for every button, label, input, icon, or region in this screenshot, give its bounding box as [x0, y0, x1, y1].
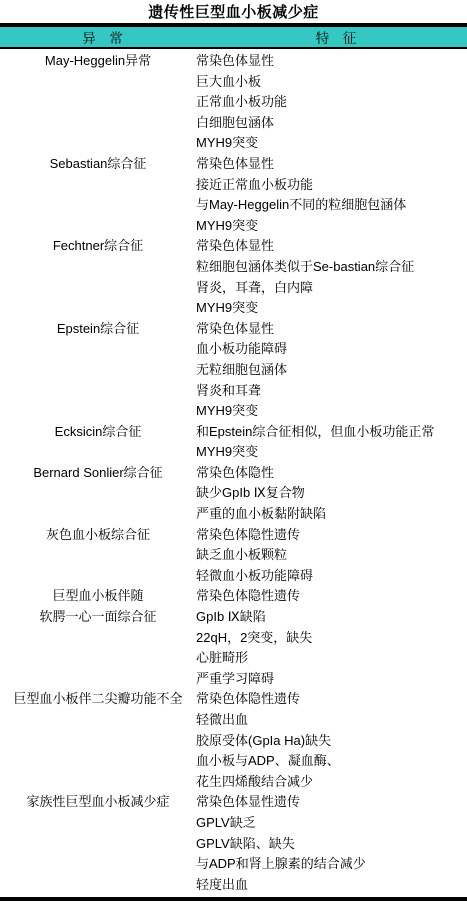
abnormality-name-line: Epstein综合征 — [0, 319, 196, 340]
page-title: 遗传性巨型血小板减少症 — [0, 0, 467, 23]
column-header-feature: 特 征 — [205, 27, 467, 47]
table-row: Epstein综合征常染色体显性血小板功能障碍无粒细胞包涵体肾炎和耳聋MYH9突… — [0, 319, 467, 422]
abnormality-name: 家族性巨型血小板减少症 — [0, 792, 196, 895]
abnormality-name-line: Ecksicin综合征 — [0, 422, 196, 443]
feature-line: 常染色体显性 — [196, 154, 467, 175]
abnormality-name: Sebastian综合征 — [0, 154, 196, 236]
feature-list: 常染色体显性接近正常血小板功能与May-Heggelin不同的粒细胞包涵体MYH… — [196, 154, 467, 236]
feature-line: 轻微出血 — [196, 710, 467, 731]
feature-line: MYH9突变 — [196, 216, 467, 237]
feature-list: 常染色体显性巨大血小板正常血小板功能白细胞包涵体MYH9突变 — [196, 51, 467, 154]
feature-line: MYH9突变 — [196, 401, 467, 422]
table-row: May-Heggelin异常常染色体显性巨大血小板正常血小板功能白细胞包涵体MY… — [0, 51, 467, 154]
feature-list: 和Epstein综合征相似，但血小板功能正常MYH9突变 — [196, 422, 467, 463]
feature-line: 花生四烯酸结合减少 — [196, 772, 467, 793]
feature-line: 常染色体显性 — [196, 236, 467, 257]
column-header-abnormality: 异 常 — [0, 27, 205, 47]
feature-line: 常染色体显性 — [196, 319, 467, 340]
feature-line: 巨大血小板 — [196, 72, 467, 93]
feature-list: 常染色体显性遗传GPLV缺乏GPLV缺陷、缺失与ADP和肾上腺素的结合减少轻度出… — [196, 792, 467, 895]
table-row: Bernard Sonlier综合征常染色体隐性缺少GpIb Ⅸ复合物严重的血小… — [0, 463, 467, 525]
feature-list: 常染色体隐性遗传GpIb Ⅸ缺陷22qH，2突变，缺失心脏畸形严重学习障碍 — [196, 586, 467, 689]
feature-line: 轻微血小板功能障碍 — [196, 566, 467, 587]
abnormality-name: 巨型血小板伴随软腭一心一面综合征 — [0, 586, 196, 689]
abnormality-name: 灰色血小板综合征 — [0, 525, 196, 587]
table-header: 异 常 特 征 — [0, 27, 467, 49]
feature-line: 血小板与ADP、凝血酶、 — [196, 751, 467, 772]
table-row: 家族性巨型血小板减少症常染色体显性遗传GPLV缺乏GPLV缺陷、缺失与ADP和肾… — [0, 792, 467, 895]
abnormality-name: Epstein综合征 — [0, 319, 196, 422]
feature-line: 缺乏血小板颗粒 — [196, 545, 467, 566]
feature-line: 粒细胞包涵体类似于Se-bastian综合征 — [196, 257, 467, 278]
table-row: 灰色血小板综合征常染色体隐性遗传缺乏血小板颗粒轻微血小板功能障碍 — [0, 525, 467, 587]
feature-line: 无粒细胞包涵体 — [196, 360, 467, 381]
feature-list: 常染色体显性血小板功能障碍无粒细胞包涵体肾炎和耳聋MYH9突变 — [196, 319, 467, 422]
feature-line: 常染色体隐性 — [196, 463, 467, 484]
abnormality-name: 巨型血小板伴二尖瓣功能不全 — [0, 689, 196, 792]
feature-line: 轻度出血 — [196, 875, 467, 896]
table-row: 巨型血小板伴随软腭一心一面综合征常染色体隐性遗传GpIb Ⅸ缺陷22qH，2突变… — [0, 586, 467, 689]
feature-line: 严重学习障碍 — [196, 669, 467, 690]
table-body: May-Heggelin异常常染色体显性巨大血小板正常血小板功能白细胞包涵体MY… — [0, 49, 467, 901]
feature-line: 与May-Heggelin不同的粒细胞包涵体 — [196, 195, 467, 216]
abnormality-name-line: 家族性巨型血小板减少症 — [0, 792, 196, 813]
feature-line: MYH9突变 — [196, 133, 467, 154]
feature-line: 与ADP和肾上腺素的结合减少 — [196, 854, 467, 875]
feature-line: 缺少GpIb Ⅸ复合物 — [196, 483, 467, 504]
feature-line: 常染色体隐性遗传 — [196, 689, 467, 710]
abnormality-name-line: Fechtner综合征 — [0, 236, 196, 257]
table-row: Ecksicin综合征和Epstein综合征相似，但血小板功能正常MYH9突变 — [0, 422, 467, 463]
feature-line: 白细胞包涵体 — [196, 113, 467, 134]
abnormality-name: Ecksicin综合征 — [0, 422, 196, 463]
feature-line: 22qH，2突变，缺失 — [196, 628, 467, 649]
abnormality-name: Fechtner综合征 — [0, 236, 196, 318]
feature-line: GPLV缺乏 — [196, 813, 467, 834]
feature-line: 接近正常血小板功能 — [196, 175, 467, 196]
abnormality-name: Bernard Sonlier综合征 — [0, 463, 196, 525]
table-row: Sebastian综合征常染色体显性接近正常血小板功能与May-Heggelin… — [0, 154, 467, 236]
feature-line: 常染色体隐性遗传 — [196, 525, 467, 546]
abnormality-name-line: May-Heggelin异常 — [0, 51, 196, 72]
abnormality-name-line: Bernard Sonlier综合征 — [0, 463, 196, 484]
feature-list: 常染色体隐性遗传轻微出血胶原受体(GpIa Ha)缺失血小板与ADP、凝血酶、花… — [196, 689, 467, 792]
feature-line: GpIb Ⅸ缺陷 — [196, 607, 467, 628]
feature-line: MYH9突变 — [196, 298, 467, 319]
feature-line: 肾炎，耳聋，白内障 — [196, 278, 467, 299]
table-row: Fechtner综合征常染色体显性粒细胞包涵体类似于Se-bastian综合征肾… — [0, 236, 467, 318]
feature-line: 常染色体显性遗传 — [196, 792, 467, 813]
page: 遗传性巨型血小板减少症 异 常 特 征 May-Heggelin异常常染色体显性… — [0, 0, 467, 906]
feature-list: 常染色体隐性缺少GpIb Ⅸ复合物严重的血小板黏附缺陷 — [196, 463, 467, 525]
feature-list: 常染色体显性粒细胞包涵体类似于Se-bastian综合征肾炎，耳聋，白内障MYH… — [196, 236, 467, 318]
feature-line: 常染色体显性 — [196, 51, 467, 72]
feature-line: GPLV缺陷、缺失 — [196, 834, 467, 855]
feature-line: 胶原受体(GpIa Ha)缺失 — [196, 731, 467, 752]
abnormality-name: May-Heggelin异常 — [0, 51, 196, 154]
syndrome-table: 异 常 特 征 May-Heggelin异常常染色体显性巨大血小板正常血小板功能… — [0, 23, 467, 901]
feature-line: 和Epstein综合征相似，但血小板功能正常 — [196, 422, 467, 443]
feature-line: 严重的血小板黏附缺陷 — [196, 504, 467, 525]
feature-line: 心脏畸形 — [196, 648, 467, 669]
feature-line: 正常血小板功能 — [196, 92, 467, 113]
abnormality-name-line: 软腭一心一面综合征 — [0, 607, 196, 628]
abnormality-name-line: 巨型血小板伴二尖瓣功能不全 — [0, 689, 196, 710]
feature-line: MYH9突变 — [196, 442, 467, 463]
feature-line: 肾炎和耳聋 — [196, 381, 467, 402]
feature-list: 常染色体隐性遗传缺乏血小板颗粒轻微血小板功能障碍 — [196, 525, 467, 587]
abnormality-name-line: 灰色血小板综合征 — [0, 525, 196, 546]
abnormality-name-line: Sebastian综合征 — [0, 154, 196, 175]
abnormality-name-line: 巨型血小板伴随 — [0, 586, 196, 607]
table-row: 巨型血小板伴二尖瓣功能不全常染色体隐性遗传轻微出血胶原受体(GpIa Ha)缺失… — [0, 689, 467, 792]
feature-line: 血小板功能障碍 — [196, 339, 467, 360]
feature-line: 常染色体隐性遗传 — [196, 586, 467, 607]
